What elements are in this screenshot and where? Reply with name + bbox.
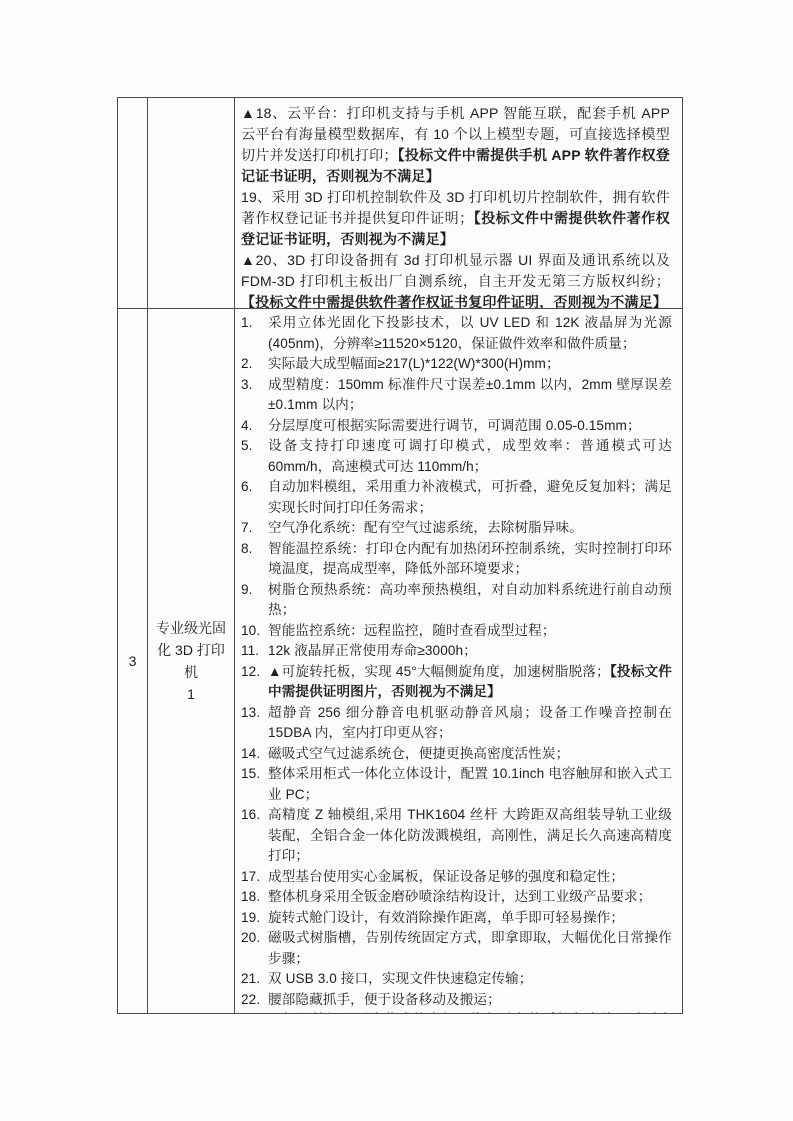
spec-item: 11.12k 液晶屏正常使用寿命≥3000h； (241, 641, 672, 662)
spec-text: 超静音 256 细分静音电机驱动静音风扇；设备工作噪音控制在 15DBA 内，室… (268, 705, 672, 741)
spec-item-text: 旋转式舱门设计，有效消除操作距离，单手即可轻易操作； (268, 908, 672, 929)
spec-paragraph: 19、采用 3D 打印机控制软件及 3D 打印机切片控制软件，拥有软件著作权登记… (241, 187, 670, 250)
spec-item: 6.自动加料模组，采用重力补液模式，可折叠，避免反复加料；满足实现长时间打印任务… (241, 477, 672, 518)
spec-text: ▲20、3D 打印设备拥有 3d 打印机显示器 UI 界面及通讯系统以及 FDM… (241, 252, 670, 289)
spec-item-number: 15. (241, 764, 268, 805)
spec-text: 智能监控系统：远程监控，随时查看成型过程； (268, 623, 556, 638)
spec-text: 整体机身采用全钣金磨砂喷涂结构设计，达到工业级产品要求； (268, 889, 651, 904)
spec-item-text: 腰部隐藏抓手，便于设备移动及搬运； (268, 990, 672, 1011)
spec-item: 1.采用立体光固化下投影技术，以 UV LED 和 12K 液晶屏为光源(405… (241, 313, 672, 354)
spec-item-text: 双 USB 3.0 接口，实现文件快速稳定传输； (268, 969, 672, 990)
spec-item: 19.旋转式舱门设计，有效消除操作距离，单手即可轻易操作； (241, 908, 672, 929)
row2-index-cell: 3 (118, 309, 148, 1014)
spec-item-number: 11. (241, 641, 268, 662)
spec-text: 分层厚度可根据实际需要进行调节，可调范围 0.05-0.15mm； (268, 418, 641, 433)
spec-item-text: 采用立体光固化下投影技术，以 UV LED 和 12K 液晶屏为光源(405nm… (268, 313, 672, 354)
spec-item-text: 树脂仓预热系统：高功率预热模组，对自动加料系统进行前自动预热； (268, 580, 672, 621)
spec-item: 20.磁吸式树脂槽，告别传统固定方式，即拿即取，大幅优化日常操作步骤； (241, 928, 672, 969)
spec-item-number: 23. (241, 1010, 268, 1014)
scanned-document-page: ▲18、云平台：打印机支持与手机 APP 智能互联，配套手机 APP 云平台有海… (0, 0, 793, 1121)
spec-item: 16.高精度 Z 轴模组,采用 THK1604 丝杆 大跨距双高组装导轨工业级装… (241, 805, 672, 867)
spec-item: 9.树脂仓预热系统：高功率预热模组，对自动加料系统进行前自动预热； (241, 580, 672, 621)
spec-item-number: 9. (241, 580, 268, 621)
spec-item-number: 10. (241, 621, 268, 642)
spec-text: 旋转式舱门设计，有效消除操作距离，单手即可轻易操作； (268, 910, 624, 925)
spec-item: 22.腰部隐藏抓手，便于设备移动及搬运； (241, 990, 672, 1011)
spec-item-number: 1. (241, 313, 268, 354)
spec-item-text: ▲机器外部配置隐藏式状态灯，均匀柔和的暖橙色光线更贴近自然，设备运行状态一目了然… (268, 1010, 672, 1014)
spec-item-number: 6. (241, 477, 268, 518)
spec-item: 13.超静音 256 细分静音电机驱动静音风扇；设备工作噪音控制在 15DBA … (241, 703, 672, 744)
spec-item-text: 分层厚度可根据实际需要进行调节，可调范围 0.05-0.15mm； (268, 416, 672, 437)
spec-item-number: 18. (241, 887, 268, 908)
spec-text: ▲机器外部配置隐藏式状态灯，均匀柔和的暖橙色光线更贴近自然，设备运行状态一目了然… (268, 1012, 672, 1014)
spec-item-text: 磁吸式树脂槽，告别传统固定方式，即拿即取，大幅优化日常操作步骤； (268, 928, 672, 969)
spec-item-number: 21. (241, 969, 268, 990)
spec-item-number: 19. (241, 908, 268, 929)
spec-item-text: 整体采用柜式一体化立体设计，配置 10.1inch 电容触屏和嵌入式工业 PC； (268, 764, 672, 805)
spec-item: 3.成型精度：150mm 标准件尺寸误差±0.1mm 以内，2mm 壁厚误差±0… (241, 375, 672, 416)
spec-item: 23.▲机器外部配置隐藏式状态灯，均匀柔和的暖橙色光线更贴近自然，设备运行状态一… (241, 1010, 672, 1014)
spec-item-number: 7. (241, 518, 268, 539)
spec-item-text: 整体机身采用全钣金磨砂喷涂结构设计，达到工业级产品要求； (268, 887, 672, 908)
spec-text: 采用立体光固化下投影技术，以 UV LED 和 12K 液晶屏为光源(405nm… (268, 315, 672, 351)
row2-name-cell: 专业级光固化 3D 打印机 1 (148, 309, 235, 1014)
spec-text: 高精度 Z 轴模组,采用 THK1604 丝杆 大跨距双高组装导轨工业级装配，全… (268, 807, 672, 863)
spec-item-number: 17. (241, 867, 268, 888)
spec-item: 2.实际最大成型幅面≥217(L)*122(W)*300(H)mm； (241, 354, 672, 375)
spec-item: 18.整体机身采用全钣金磨砂喷涂结构设计，达到工业级产品要求； (241, 887, 672, 908)
spec-text: 12k 液晶屏正常使用寿命≥3000h； (268, 643, 477, 658)
spec-text: 双 USB 3.0 接口，实现文件快速稳定传输； (268, 971, 532, 986)
spec-text: 整体采用柜式一体化立体设计，配置 10.1inch 电容触屏和嵌入式工业 PC； (268, 766, 672, 802)
spec-item-number: 14. (241, 744, 268, 765)
spec-table: ▲18、云平台：打印机支持与手机 APP 智能互联，配套手机 APP 云平台有海… (117, 97, 683, 1014)
spec-item: 4.分层厚度可根据实际需要进行调节，可调范围 0.05-0.15mm； (241, 416, 672, 437)
spec-item-text: 超静音 256 细分静音电机驱动静音风扇；设备工作噪音控制在 15DBA 内，室… (268, 703, 672, 744)
spec-item-number: 22. (241, 990, 268, 1011)
spec-text: 磁吸式空气过滤系统仓，便捷更换高密度活性炭； (268, 746, 569, 761)
spec-text: 成型精度：150mm 标准件尺寸误差±0.1mm 以内，2mm 壁厚误差±0.1… (268, 377, 672, 413)
spec-item-text: 实际最大成型幅面≥217(L)*122(W)*300(H)mm； (268, 354, 672, 375)
spec-item-number: 16. (241, 805, 268, 867)
spec-item-text: 智能监控系统：远程监控，随时查看成型过程； (268, 621, 672, 642)
spec-item: 7.空气净化系统：配有空气过滤系统，去除树脂异味。 (241, 518, 672, 539)
spec-item-text: 12k 液晶屏正常使用寿命≥3000h； (268, 641, 672, 662)
spec-item-number: 3. (241, 375, 268, 416)
spec-item: 8.智能温控系统：打印仓内配有加热闭环控制系统，实时控制打印环境温度，提高成型率… (241, 539, 672, 580)
spec-item: 5.设备支持打印速度可调打印模式，成型效率：普通模式可达 60mm/h，高速模式… (241, 436, 672, 477)
spec-item: 15.整体采用柜式一体化立体设计，配置 10.1inch 电容触屏和嵌入式工业 … (241, 764, 672, 805)
spec-text: 成型基台使用实心金属板，保证设备足够的强度和稳定性； (268, 869, 624, 884)
item-index: 3 (129, 653, 137, 669)
spec-text: 设备支持打印速度可调打印模式，成型效率：普通模式可达 60mm/h，高速模式可达… (268, 438, 672, 474)
spec-item-text: ▲可旋转托板，实现 45°大幅侧旋角度，加速树脂脱落；【投标文件中需提供证明图片… (268, 662, 672, 703)
spec-text: 树脂仓预热系统：高功率预热模组，对自动加料系统进行前自动预热； (268, 582, 672, 618)
spec-item-number: 8. (241, 539, 268, 580)
spec-item: 21.双 USB 3.0 接口，实现文件快速稳定传输； (241, 969, 672, 990)
spec-item-text: 高精度 Z 轴模组,采用 THK1604 丝杆 大跨距双高组装导轨工业级装配，全… (268, 805, 672, 867)
spec-text: 实际最大成型幅面≥217(L)*122(W)*300(H)mm； (268, 356, 560, 371)
spec-item-text: 成型精度：150mm 标准件尺寸误差±0.1mm 以内，2mm 壁厚误差±0.1… (268, 375, 672, 416)
spec-item-number: 20. (241, 928, 268, 969)
spec-text: ▲可旋转托板，实现 45°大幅侧旋角度，加速树脂脱落； (268, 664, 610, 679)
spec-item-text: 设备支持打印速度可调打印模式，成型效率：普通模式可达 60mm/h，高速模式可达… (268, 436, 672, 477)
spec-text: 自动加料模组，采用重力补液模式，可折叠，避免反复加料；满足实现长时间打印任务需求… (268, 479, 672, 515)
spec-item-text: 成型基台使用实心金属板，保证设备足够的强度和稳定性； (268, 867, 672, 888)
spec-text: 磁吸式树脂槽，告别传统固定方式，即拿即取，大幅优化日常操作步骤； (268, 930, 672, 966)
spec-list: 1.采用立体光固化下投影技术，以 UV LED 和 12K 液晶屏为光源(405… (241, 313, 672, 1014)
spec-item: 14.磁吸式空气过滤系统仓，便捷更换高密度活性炭； (241, 744, 672, 765)
spec-text: 智能温控系统：打印仓内配有加热闭环控制系统，实时控制打印环境温度，提高成型率，降… (268, 541, 672, 577)
spec-paragraph: ▲20、3D 打印设备拥有 3d 打印机显示器 UI 界面及通讯系统以及 FDM… (241, 250, 670, 309)
spec-item-number: 13. (241, 703, 268, 744)
row1-spec-cell: ▲18、云平台：打印机支持与手机 APP 智能互联，配套手机 APP 云平台有海… (235, 98, 683, 309)
spec-text: 腰部隐藏抓手，便于设备移动及搬运； (268, 992, 501, 1007)
spec-item: 10.智能监控系统：远程监控，随时查看成型过程； (241, 621, 672, 642)
row1-index-cell (118, 98, 148, 309)
requirement-note: 【投标文件中需提供软件著作权证书复印件证明，否则视为不满足】 (241, 294, 667, 309)
spec-paragraph: ▲18、云平台：打印机支持与手机 APP 智能互联，配套手机 APP 云平台有海… (241, 103, 670, 187)
item-name: 专业级光固化 3D 打印机 (148, 617, 234, 683)
spec-item-text: 磁吸式空气过滤系统仓，便捷更换高密度活性炭； (268, 744, 672, 765)
spec-item: 17.成型基台使用实心金属板，保证设备足够的强度和稳定性； (241, 867, 672, 888)
row2-spec-cell: 1.采用立体光固化下投影技术，以 UV LED 和 12K 液晶屏为光源(405… (235, 309, 683, 1014)
spec-item: 12.▲可旋转托板，实现 45°大幅侧旋角度，加速树脂脱落；【投标文件中需提供证… (241, 662, 672, 703)
spec-text: 空气净化系统：配有空气过滤系统，去除树脂异味。 (268, 520, 583, 535)
spec-item-number: 4. (241, 416, 268, 437)
item-qty: 1 (187, 683, 195, 705)
spec-item-text: 空气净化系统：配有空气过滤系统，去除树脂异味。 (268, 518, 672, 539)
row1-paragraphs: ▲18、云平台：打印机支持与手机 APP 智能互联，配套手机 APP 云平台有海… (241, 103, 670, 309)
spec-item-number: 12. (241, 662, 268, 703)
spec-item-text: 智能温控系统：打印仓内配有加热闭环控制系统，实时控制打印环境温度，提高成型率，降… (268, 539, 672, 580)
spec-item-text: 自动加料模组，采用重力补液模式，可折叠，避免反复加料；满足实现长时间打印任务需求… (268, 477, 672, 518)
spec-item-number: 2. (241, 354, 268, 375)
row1-name-cell (148, 98, 235, 309)
spec-item-number: 5. (241, 436, 268, 477)
